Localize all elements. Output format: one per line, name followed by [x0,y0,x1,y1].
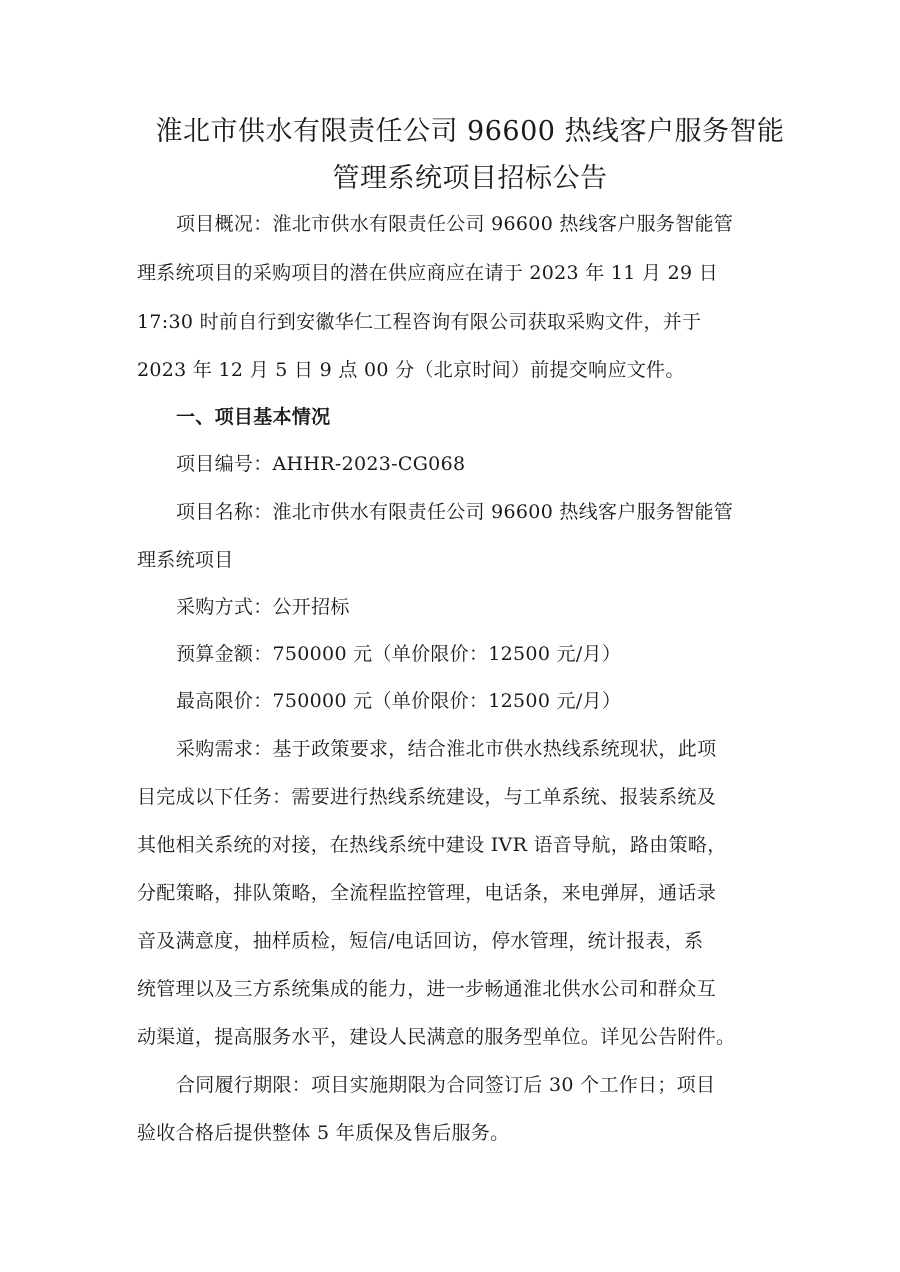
requirements-line: 统管理以及三方系统集成的能力，进一步畅通淮北供水公司和群众互 [137,980,767,999]
budget-amount: 预算金额：750000 元（单价限价：12500 元/月） [176,645,806,664]
overview-line: 项目概况：淮北市供水有限责任公司 96600 热线客户服务智能管 [176,215,806,234]
overview-line: 17:30 时前自行到安徽华仁工程咨询有限公司获取采购文件，并于 [137,313,767,332]
requirements-line: 其他相关系统的对接，在热线系统中建设 IVR 语音导航，路由策略， [137,836,767,855]
requirements-line: 音及满意度，抽样质检，短信/电话回访，停水管理，统计报表，系 [137,932,767,951]
document-title-line-2: 管理系统项目招标公告 [140,165,800,192]
project-name-line: 项目名称：淮北市供水有限责任公司 96600 热线客户服务智能管 [176,503,806,522]
max-price: 最高限价：750000 元（单价限价：12500 元/月） [176,692,806,711]
document-title-line-1: 淮北市供水有限责任公司 96600 热线客户服务智能 [140,118,800,145]
contract-period-line: 验收合格后提供整体 5 年质保及售后服务。 [137,1124,767,1143]
project-name-line: 理系统项目 [137,551,767,570]
requirements-line: 动渠道，提高服务水平，建设人民满意的服务型单位。详见公告附件。 [137,1028,767,1047]
project-number: 项目编号：AHHR-2023-CG068 [176,455,806,474]
requirements-line: 分配策略，排队策略，全流程监控管理，电话条，来电弹屏，通话录 [137,884,767,903]
overview-line: 理系统项目的采购项目的潜在供应商应在请于 2023 年 11 月 29 日 [137,264,767,283]
procurement-method: 采购方式：公开招标 [176,598,806,617]
overview-line: 2023 年 12 月 5 日 9 点 00 分（北京时间）前提交响应文件。 [137,361,767,380]
contract-period-line: 合同履行期限：项目实施期限为合同签订后 30 个工作日；项目 [176,1076,806,1095]
section-heading: 一、项目基本情况 [176,408,806,427]
document-page: 淮北市供水有限责任公司 96600 热线客户服务智能 管理系统项目招标公告 项目… [0,0,900,1272]
requirements-line: 目完成以下任务：需要进行热线系统建设，与工单系统、报装系统及 [137,788,767,807]
requirements-line: 采购需求：基于政策要求，结合淮北市供水热线系统现状，此项 [176,740,806,759]
